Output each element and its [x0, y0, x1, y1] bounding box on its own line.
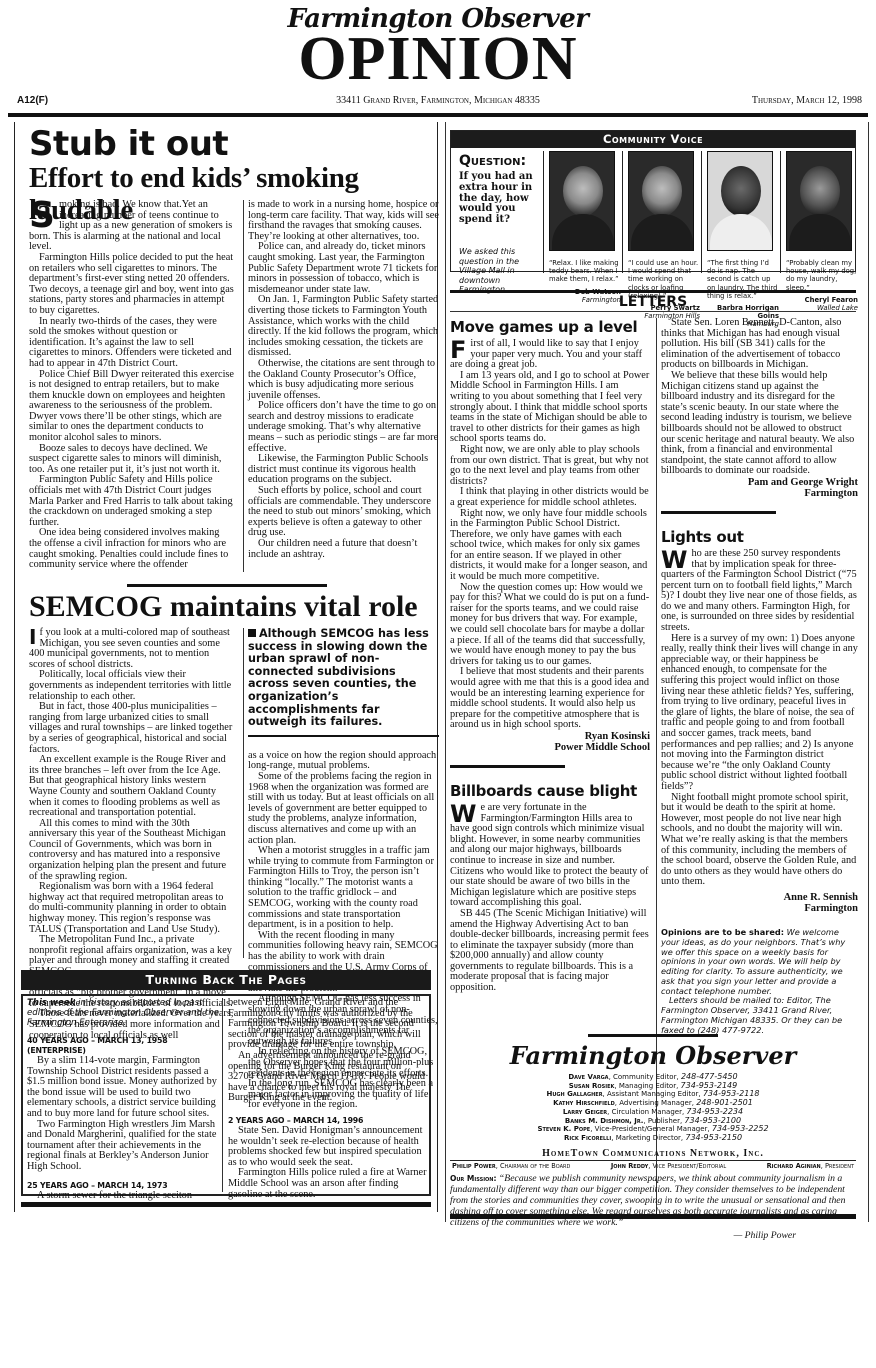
letter-billboards-continued: State Sen. Loren Bennett, D-Canton, also…	[661, 318, 858, 499]
issue-date: Thursday, March 12, 1998	[752, 95, 862, 106]
staff-member: Banks M. Dishmon, Jr., Publisher, 734-95…	[450, 1117, 856, 1126]
community-voice-note: We asked this question in the Village Ma…	[459, 247, 539, 295]
letter-move-games: Move games up a level First of all, I wo…	[450, 318, 650, 753]
masthead-rule	[8, 113, 868, 117]
drop-cap: W	[450, 804, 476, 824]
letters-rule	[450, 311, 856, 312]
section-divider	[21, 1202, 431, 1207]
officer: Philip Power, Chairman of the Board	[452, 1162, 570, 1171]
staff-list: Dave Varga, Community Editor, 248-477-54…	[450, 1073, 856, 1143]
officer: John Reddy, Vice President/Editorial	[611, 1162, 726, 1171]
community-voice-title: Community Voice	[451, 131, 855, 148]
staff-member: Dave Varga, Community Editor, 248-477-54…	[450, 1073, 856, 1082]
editorials-column: Stub it out Effort to end kids’ smoking …	[14, 122, 438, 1212]
respondent: “Relax. I like making teddy bears. When …	[543, 151, 621, 273]
address: 33411 Grand River, Farmington, Michigan …	[0, 95, 876, 106]
letters-column-1: Move games up a level First of all, I wo…	[450, 318, 650, 994]
officers-row: Philip Power, Chairman of the Board John…	[450, 1162, 856, 1171]
respondent-photo	[786, 151, 852, 251]
bullet-square-icon	[248, 629, 256, 637]
letters-rule	[450, 290, 856, 293]
community-letters-column: Community Voice Question: If you had an …	[445, 122, 869, 1222]
letter-signature-name: Anne R. Sennish	[661, 892, 858, 903]
respondent-photo	[628, 151, 694, 251]
letter-headline: Move games up a level	[450, 318, 650, 336]
letter-signature-place: Farmington	[661, 488, 858, 499]
respondent-photo	[549, 151, 615, 251]
community-voice-question: Question: If you had an extra hour in th…	[459, 153, 539, 273]
drop-cap: F	[450, 340, 466, 360]
letters-section-label: LETTERS	[446, 294, 860, 310]
section-divider	[661, 511, 776, 514]
staff-member: Hugh Gallagher, Assistant Managing Edito…	[450, 1090, 856, 1099]
editorial-column-2: Although SEMCOG has less success in slow…	[243, 628, 439, 958]
respondent: “Probably clean my house, walk my dog, d…	[780, 151, 858, 273]
mission-statement: Our Mission: “Because we publish communi…	[450, 1173, 856, 1228]
officer: Richard Aginian, President	[767, 1162, 854, 1171]
turning-back-column-2: between Eight Mile, Grand River and the …	[228, 998, 428, 1200]
turning-back-intro: This week in history as reported in past…	[27, 998, 222, 1028]
masthead: Farmington Observer OPINION A12(F) 33411…	[0, 0, 876, 116]
editorial-headline: SEMCOG maintains vital role	[29, 590, 418, 624]
history-heading: 40 YEARS AGO – MARCH 13, 1958 (ENTERPRIS…	[27, 1036, 222, 1056]
editorial-kicker: Stub it out	[29, 124, 228, 164]
section-divider	[450, 1214, 856, 1219]
respondent: “I could use an hour. I would spend that…	[622, 151, 700, 273]
respondent-photo	[707, 151, 773, 251]
letter-signature-name: Ryan Kosinski	[450, 731, 650, 742]
editorial-column-2: is made to work in a nursing home, hospi…	[243, 200, 439, 572]
mission-attribution: — Philip Power	[450, 1230, 856, 1241]
letter-signature-name: Pam and George Wright	[661, 477, 858, 488]
letter-billboards: Billboards cause blight We are very fort…	[450, 782, 650, 994]
section-divider	[450, 765, 565, 768]
staff-member: Larry Geiger, Circulation Manager, 734-9…	[450, 1108, 856, 1117]
staff-member: Kathy Hirschfield, Advertising Manager, …	[450, 1099, 856, 1108]
initial-cap: I	[29, 628, 36, 646]
staff-logo: Farmington Observer	[450, 1043, 856, 1069]
letter-signature-place: Power Middle School	[450, 742, 650, 753]
staff-box: Farmington Observer Dave Varga, Communit…	[450, 1034, 856, 1241]
respondent: “The first thing I’d do is nap. The seco…	[701, 151, 779, 273]
section-title: OPINION	[0, 28, 876, 90]
editorial-column-1: Smoking is bad. We know that.Yet an incr…	[29, 200, 234, 571]
turning-back-column-1: This week in history as reported in past…	[27, 998, 223, 1192]
staff-member: Steven K. Pope, Vice-President/General M…	[450, 1125, 856, 1134]
letter-signature-place: Farmington	[661, 903, 858, 914]
turning-back-title: Turning Back The Pages	[21, 970, 431, 990]
letter-lights-out: Lights out Who are these 250 survey resp…	[661, 528, 858, 914]
section-divider	[127, 584, 327, 587]
letter-headline: Billboards cause blight	[450, 782, 650, 800]
drop-cap: S	[29, 201, 55, 231]
network-name: HomeTown Communications Network, Inc.	[450, 1148, 856, 1161]
letters-policy: Opinions are to be shared: We welcome yo…	[661, 928, 858, 1036]
section-divider	[588, 1034, 718, 1037]
letter-headline: Lights out	[661, 528, 858, 546]
community-voice-box: Community Voice Question: If you had an …	[450, 130, 856, 272]
drop-cap: W	[661, 550, 687, 570]
staff-member: Rick Ficorelli, Marketing Director, 734-…	[450, 1134, 856, 1143]
turning-back-box: This week in history as reported in past…	[21, 994, 431, 1196]
pull-quote: Although SEMCOG has less success in slow…	[248, 628, 439, 737]
